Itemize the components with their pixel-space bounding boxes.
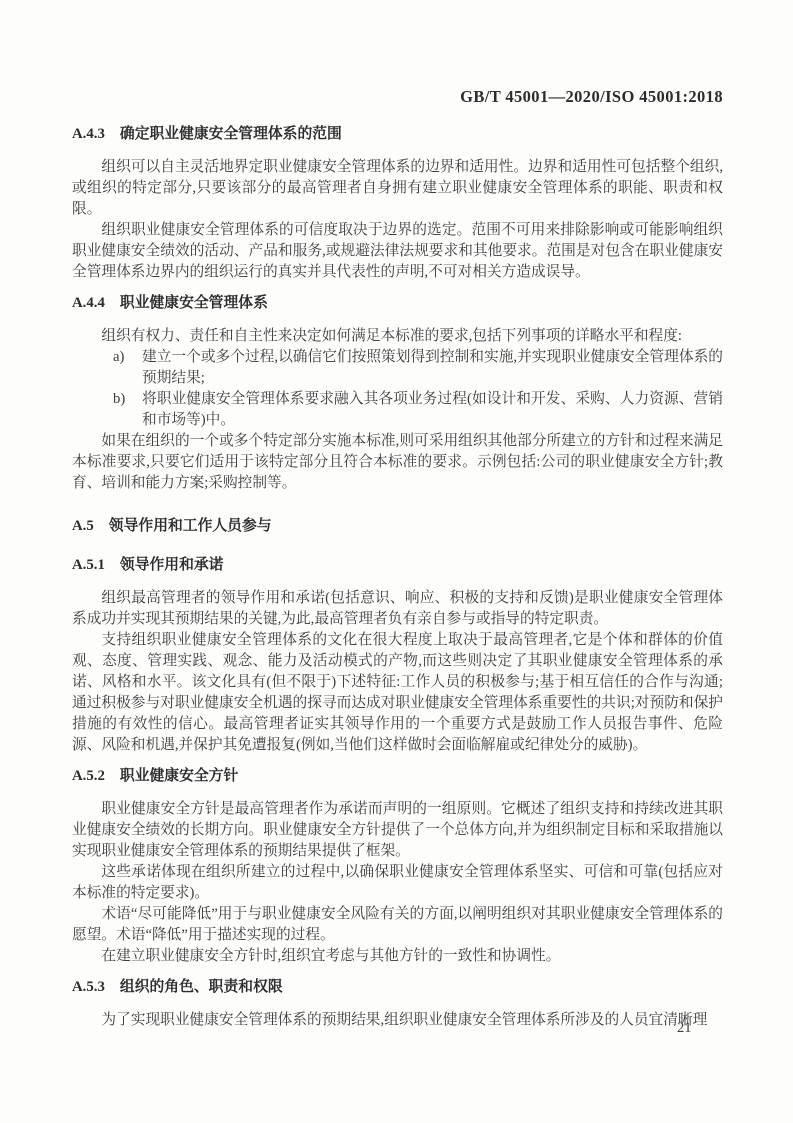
standard-number-header: GB/T 45001—2020/ISO 45001:2018 bbox=[460, 87, 723, 107]
paragraph: 组织职业健康安全管理体系的可信度取决于边界的选定。范围不可用来排除影响或可能影响… bbox=[72, 220, 723, 283]
section-number: A.5.1 bbox=[72, 557, 105, 573]
document-page: GB/T 45001—2020/ISO 45001:2018 A.4.3确定职业… bbox=[0, 0, 793, 1123]
section-title: 职业健康安全管理体系 bbox=[120, 295, 268, 311]
section-title: 领导作用和工作人员参与 bbox=[109, 518, 272, 534]
paragraph: 支持组织职业健康安全管理体系的文化在很大程度上取决于最高管理者,它是个体和群体的… bbox=[72, 630, 723, 756]
paragraph: 组织可以自主灵活地界定职业健康安全管理体系的边界和适用性。边界和适用性可包括整个… bbox=[72, 157, 723, 220]
paragraph: 这些承诺体现在组织所建立的过程中,以确保职业健康安全管理体系坚实、可信和可靠(包… bbox=[72, 862, 723, 904]
list-item-text: 将职业健康安全管理体系要求融入其各项业务过程(如设计和开发、采购、人力资源、营销… bbox=[142, 389, 723, 431]
section-heading-a-5-2: A.5.2职业健康安全方针 bbox=[72, 766, 723, 787]
section-number: A.5 bbox=[72, 518, 94, 534]
paragraph: 职业健康安全方针是最高管理者作为承诺而声明的一组原则。它概述了组织支持和持续改进… bbox=[72, 799, 723, 862]
section-title: 确定职业健康安全管理体系的范围 bbox=[120, 126, 342, 142]
section-heading-a-5-1: A.5.1领导作用和承诺 bbox=[72, 555, 723, 576]
list-item-a: a)建立一个或多个过程,以确信它们按照策划得到控制和实施,并实现职业健康安全管理… bbox=[72, 347, 723, 389]
section-number: A.5.3 bbox=[72, 979, 105, 995]
section-title: 组织的角色、职责和权限 bbox=[120, 979, 283, 995]
paragraph: 为了实现职业健康安全管理体系的预期结果,组织职业健康安全管理体系所涉及的人员宜清… bbox=[72, 1010, 723, 1031]
list-marker: a) bbox=[113, 347, 142, 389]
section-title: 职业健康安全方针 bbox=[120, 768, 238, 784]
document-body: A.4.3确定职业健康安全管理体系的范围组织可以自主灵活地界定职业健康安全管理体… bbox=[72, 124, 723, 1031]
paragraph: 组织最高管理者的领导作用和承诺(包括意识、响应、积极的支持和反馈)是职业健康安全… bbox=[72, 588, 723, 630]
page-number: 21 bbox=[677, 1020, 692, 1037]
list-marker: b) bbox=[113, 389, 142, 431]
section-number: A.5.2 bbox=[72, 768, 105, 784]
section-title: 领导作用和承诺 bbox=[120, 557, 224, 573]
section-heading-a-4-4: A.4.4职业健康安全管理体系 bbox=[72, 293, 723, 314]
section-heading-a-4-3: A.4.3确定职业健康安全管理体系的范围 bbox=[72, 124, 723, 145]
section-number: A.4.4 bbox=[72, 295, 105, 311]
section-heading-a-5-3: A.5.3组织的角色、职责和权限 bbox=[72, 977, 723, 998]
paragraph: 组织有权力、责任和自主性来决定如何满足本标准的要求,包括下列事项的详略水平和程度… bbox=[72, 326, 723, 347]
paragraph: 如果在组织的一个或多个特定部分实施本标准,则可采用组织其他部分所建立的方针和过程… bbox=[72, 431, 723, 494]
list-item-b: b)将职业健康安全管理体系要求融入其各项业务过程(如设计和开发、采购、人力资源、… bbox=[72, 389, 723, 431]
section-heading-a-5: A.5领导作用和工作人员参与 bbox=[72, 516, 723, 537]
paragraph: 术语“尽可能降低”用于与职业健康安全风险有关的方面,以阐明组织对其职业健康安全管… bbox=[72, 904, 723, 946]
list-item-text: 建立一个或多个过程,以确信它们按照策划得到控制和实施,并实现职业健康安全管理体系… bbox=[142, 347, 723, 389]
paragraph: 在建立职业健康安全方针时,组织宜考虑与其他方针的一致性和协调性。 bbox=[72, 946, 723, 967]
section-number: A.4.3 bbox=[72, 126, 105, 142]
